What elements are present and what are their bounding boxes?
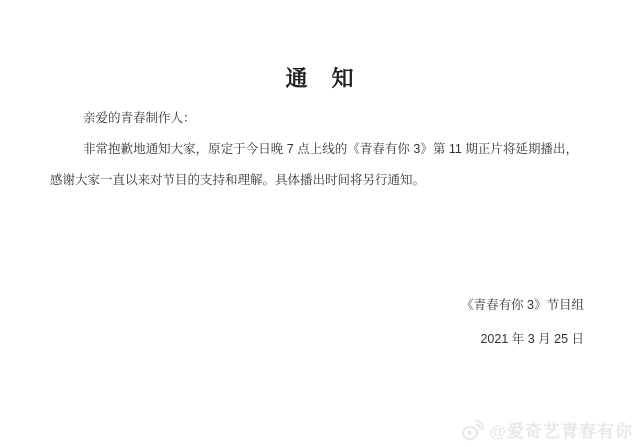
- watermark: @爱奇艺青春有你: [460, 417, 633, 442]
- weibo-icon: [460, 418, 486, 442]
- watermark-text: @爱奇艺青春有你: [489, 417, 633, 442]
- body-paragraph: 非常抱歉地通知大家，原定于今日晚 7 点上线的《青春有你 3》第 11 期正片将…: [50, 134, 578, 196]
- signature: 《青春有你 3》节目组: [461, 288, 584, 322]
- signature-block: 《青春有你 3》节目组 2021 年 3 月 25 日: [461, 288, 584, 356]
- salutation: 亲爱的青春制作人：: [50, 103, 578, 134]
- notice-page: 通 知 亲爱的青春制作人： 非常抱歉地通知大家，原定于今日晚 7 点上线的《青春…: [0, 0, 640, 447]
- notice-title: 通 知: [0, 62, 640, 93]
- letter-body: 亲爱的青春制作人： 非常抱歉地通知大家，原定于今日晚 7 点上线的《青春有你 3…: [50, 103, 578, 196]
- date: 2021 年 3 月 25 日: [461, 322, 584, 356]
